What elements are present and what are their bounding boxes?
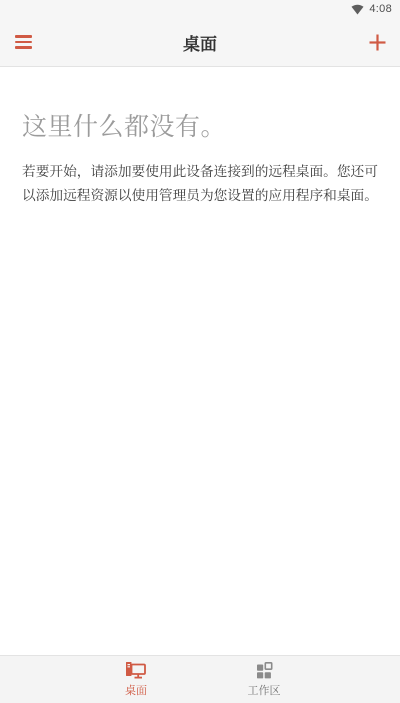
tab-label: 工作区 [248, 682, 281, 698]
workspace-icon [255, 661, 274, 680]
status-time: 4:08 [369, 3, 392, 15]
tab-workspaces[interactable]: 工作区 [200, 656, 328, 703]
tab-desktops[interactable]: 桌面 [72, 656, 200, 703]
status-bar: 4:08 [0, 0, 400, 18]
app-bar: 桌面 [0, 18, 400, 67]
add-button[interactable] [360, 25, 394, 59]
empty-state-description: 若要开始，请添加要使用此设备连接到的远程桌面。您还可 以添加远程资源以使用管理员… [22, 160, 378, 208]
empty-state: 这里什么都没有。 若要开始，请添加要使用此设备连接到的远程桌面。您还可 以添加远… [0, 67, 400, 208]
menu-button[interactable] [6, 25, 40, 59]
page-title: 桌面 [0, 18, 400, 66]
plus-icon [368, 33, 387, 52]
tab-label: 桌面 [125, 682, 147, 698]
empty-state-title: 这里什么都没有。 [22, 107, 378, 143]
desktop-icon [125, 661, 147, 680]
app-screen: 4:08 桌面 这里什么都没有。 若要开始，请添加要使用此设备连接到的远程桌面。… [0, 0, 400, 703]
bottom-tab-bar: 桌面 工作区 [0, 655, 400, 703]
wifi-icon [351, 4, 364, 15]
hamburger-icon [15, 35, 32, 49]
